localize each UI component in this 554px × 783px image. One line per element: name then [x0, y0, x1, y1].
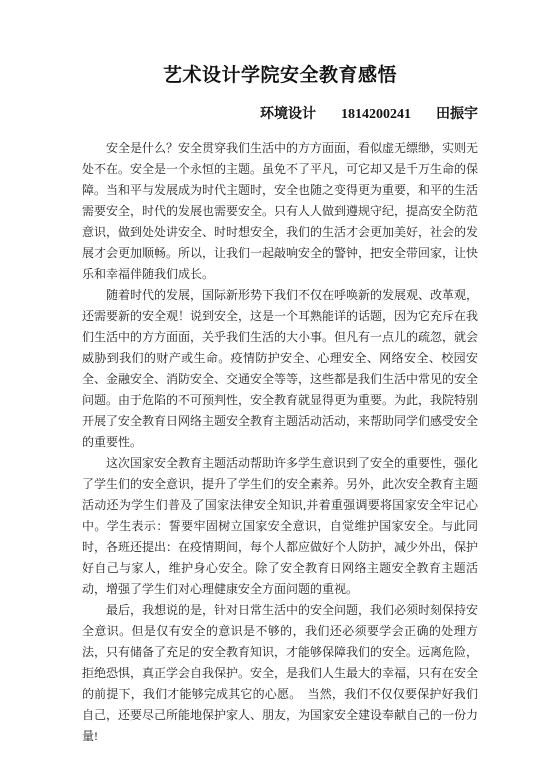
body-paragraph: 随着时代的发展，国际新形势下我们不仅在呼唤新的发展观、改革观，还需要新的安全观！… [82, 285, 478, 453]
body-paragraph: 这次国家安全教育主题活动帮助许多学生意识到了安全的重要性，强化了学生们的安全意识… [82, 453, 478, 600]
body-paragraph: 安全是什么？安全贯穿我们生活中的方方面面，看似虚无缥缈，实则无处不在。安全是一个… [82, 138, 478, 285]
page-title: 艺术设计学院安全教育感悟 [82, 0, 478, 90]
byline: 环境设计 1814200241 田振宇 [82, 105, 478, 125]
byline-major: 环境设计 [260, 105, 316, 125]
document-body: 安全是什么？安全贯穿我们生活中的方方面面，看似虚无缥缈，实则无处不在。安全是一个… [82, 138, 478, 747]
document-page: 艺术设计学院安全教育感悟 环境设计 1814200241 田振宇 安全是什么？安… [0, 0, 554, 783]
body-paragraph: 最后，我想说的是，针对日常生活中的安全问题，我们必须时刻保持安全意识。但是仅有安… [82, 600, 478, 747]
byline-author-name: 田振宇 [436, 105, 478, 125]
byline-student-id: 1814200241 [341, 105, 411, 125]
